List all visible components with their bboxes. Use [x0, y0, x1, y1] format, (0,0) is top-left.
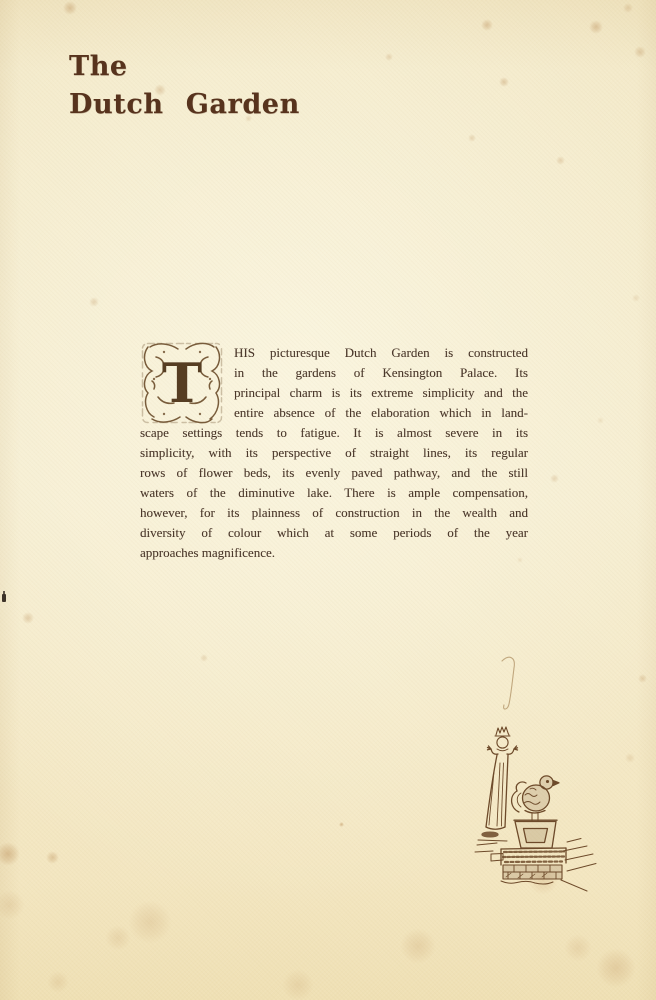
paragraph-line: scape settings tends to fatigue. It is a… [140, 423, 528, 443]
foxing-spot [47, 971, 69, 993]
foxing-spot [481, 19, 493, 31]
foxing-spot [22, 612, 34, 624]
paragraph-line: approaches magnificence. [140, 543, 528, 563]
foxing-spot [638, 674, 647, 683]
ink-speck [2, 594, 6, 602]
paragraph-line: waters of the diminutive lake. There is … [140, 483, 528, 503]
foxing-spot [550, 474, 559, 483]
drop-cap-ornament: T [140, 341, 224, 419]
foxing-spot [0, 842, 20, 866]
foxing-spot [282, 969, 314, 1000]
foxing-spot [385, 53, 393, 61]
drop-cap-letter: T [162, 351, 202, 415]
foxing-spot [564, 934, 592, 962]
ornate-initial-icon: T [140, 341, 224, 425]
foxing-spot [632, 294, 640, 302]
foxing-spot [400, 928, 436, 964]
foxing-spot [89, 297, 99, 307]
foxing-spot [589, 20, 603, 34]
paragraph-line: diversity of colour which at some period… [140, 523, 528, 543]
foxing-spot [499, 77, 509, 87]
book-page: The Dutch Garden [0, 0, 656, 1000]
body-paragraph: T HIS picturesque Dutch Garden is constr… [140, 343, 528, 563]
topiary-bird-sketch-icon [473, 703, 597, 895]
foxing-spot [596, 948, 636, 988]
foxing-spot [625, 753, 635, 763]
page-title-line2: Dutch Garden [69, 86, 300, 124]
foxing-spot [200, 654, 208, 662]
foxing-spot [46, 851, 59, 864]
paragraph-line: rows of flower beds, its evenly paved pa… [140, 463, 528, 483]
illustration [473, 703, 597, 900]
foxing-spot [634, 46, 646, 58]
foxing-spot [597, 417, 604, 424]
page-title-line1: The [69, 48, 300, 86]
foxing-spot [623, 3, 633, 13]
paragraph-line: however, for its plainness of constructi… [140, 503, 528, 523]
foxing-spot [105, 925, 131, 951]
foxing-spot [0, 890, 25, 920]
foxing-spot [339, 822, 344, 827]
paragraph-line: simplicity, with its perspective of stra… [140, 443, 528, 463]
foxing-spot [63, 1, 77, 15]
foxing-spot [556, 156, 565, 165]
foxing-spot [128, 900, 172, 944]
foxing-spot [468, 134, 476, 142]
page-title: The Dutch Garden [69, 48, 300, 124]
